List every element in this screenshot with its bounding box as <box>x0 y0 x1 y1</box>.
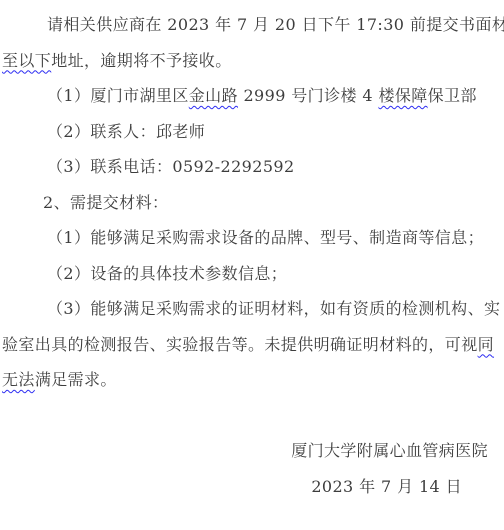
list-item-material-3-line3: 无法满足需求。 <box>2 362 492 398</box>
text-segment: （1）能够满足采购需求设备的品牌、型号、制造商等信息； <box>47 228 484 247</box>
text-segment: （2）设备的具体技术参数信息； <box>47 264 287 283</box>
text-segment: （1）厦门市湖里区 <box>47 86 189 105</box>
list-item-contact-person: （2）联系人：邱老师 <box>2 114 492 150</box>
blank-line <box>2 398 492 434</box>
document-page: 请相关供应商在 2023 年 7 月 20 日下午 17:30 前提交书面材料 … <box>0 0 504 530</box>
text-segment: （3）能够满足采购需求的证明材料，如有资质的检测机构、实 <box>47 299 500 318</box>
text-segment: （3）联系电话：0592-2292592 <box>47 157 295 176</box>
list-item-material-1: （1）能够满足采购需求设备的品牌、型号、制造商等信息； <box>2 220 492 256</box>
text-segment: 2999 号门诊楼 4 <box>238 86 378 105</box>
signature-date: 2023 年 7 月 14 日 <box>2 469 492 505</box>
text-segment: 验室出具的检测报告、实验报告等。未提供明确证明材料的，可视 <box>2 335 478 354</box>
text-segment: 请相关供应商在 2023 年 7 月 20 日下午 17:30 前提交书面材料 <box>47 15 504 34</box>
list-item-material-3-line1: （3）能够满足采购需求的证明材料，如有资质的检测机构、实 <box>2 291 492 327</box>
text-segment: 地址，逾期将不予接收。 <box>51 51 231 70</box>
text-segment: 保卫部 <box>428 86 477 105</box>
text-segment-misspelled: 至以下 <box>2 51 51 70</box>
text-segment: （2）联系人：邱老师 <box>47 122 205 141</box>
list-item-address: （1）厦门市湖里区金山路 2999 号门诊楼 4 楼保障保卫部 <box>2 78 492 114</box>
list-item-material-3-line2: 验室出具的检测报告、实验报告等。未提供明确证明材料的，可视同 <box>2 327 492 363</box>
text-segment: 2023 年 7 月 14 日 <box>311 477 462 496</box>
text-segment-misspelled: 楼保障 <box>378 86 427 105</box>
list-item-contact-phone: （3）联系电话：0592-2292592 <box>2 149 492 185</box>
text-segment-misspelled: 金山路 <box>189 86 238 105</box>
section-heading-materials: 2、需提交材料： <box>2 185 492 221</box>
list-item-material-2: （2）设备的具体技术参数信息； <box>2 256 492 292</box>
paragraph-deadline-line1: 请相关供应商在 2023 年 7 月 20 日下午 17:30 前提交书面材料 <box>2 7 492 43</box>
text-segment: 2、需提交材料： <box>43 193 168 212</box>
paragraph-deadline-line2: 至以下地址，逾期将不予接收。 <box>2 43 492 79</box>
text-segment-misspelled: 同 <box>478 335 494 354</box>
signature-organization: 厦门大学附属心血管病医院 <box>2 433 492 469</box>
text-segment-misspelled: 无法 <box>2 370 35 389</box>
text-segment: 厦门大学附属心血管病医院 <box>291 441 488 460</box>
text-segment: 满足需求。 <box>35 370 117 389</box>
